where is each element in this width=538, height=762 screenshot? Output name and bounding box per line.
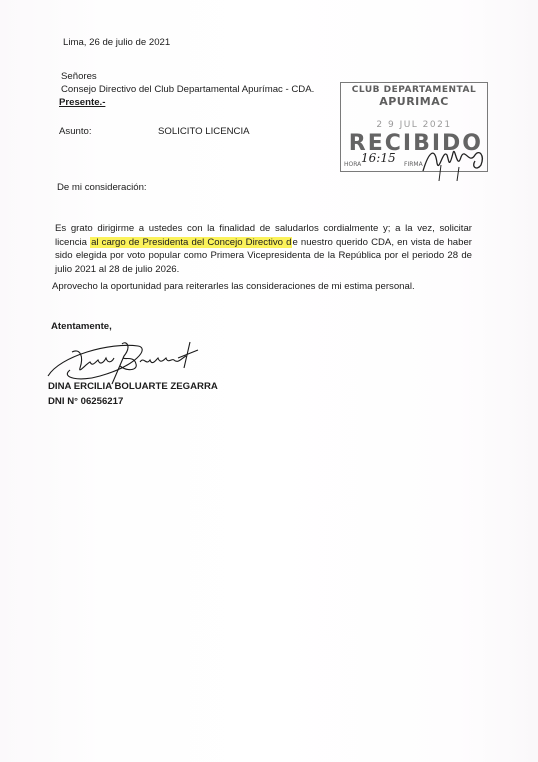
stamp-hora-value: 16:15 <box>361 151 396 165</box>
date-line: Lima, 26 de julio de 2021 <box>63 37 170 49</box>
stamp-hora-label: HORA <box>344 161 361 168</box>
signer-dni: DNI N° 06256217 <box>48 396 123 408</box>
signer-name: DINA ERCILIA BOLUARTE ZEGARRA <box>48 381 218 393</box>
recipient-greeting: Señores <box>61 71 97 83</box>
valediction: Atentamente, <box>51 321 112 333</box>
subject-value: SOLICITO LICENCIA <box>158 126 250 138</box>
stamp-date: 2 9 JUL 2021 <box>341 120 487 130</box>
presente-label: Presente.- <box>59 97 105 109</box>
body-paragraph: Es grato dirigirme a ustedes con la fina… <box>55 222 472 276</box>
closing-paragraph: Aprovecho la oportunidad para reiterarle… <box>52 281 415 293</box>
received-stamp: CLUB DEPARTAMENTAL APURIMAC 2 9 JUL 2021… <box>340 82 488 172</box>
stamp-region-line: APURIMAC <box>341 95 487 108</box>
stamp-club-line: CLUB DEPARTAMENTAL <box>341 85 487 95</box>
highlighted-text: al cargo de Presidenta del Concejo Direc… <box>90 237 292 248</box>
stamp-signature-icon <box>419 141 489 181</box>
recipient-addressee: Consejo Directivo del Club Departamental… <box>61 84 314 96</box>
subject-label: Asunto: <box>59 126 92 138</box>
handwritten-signature-icon <box>40 336 210 386</box>
salutation: De mi consideración: <box>57 182 147 194</box>
letter-page: Lima, 26 de julio de 2021 Señores Consej… <box>0 0 538 762</box>
